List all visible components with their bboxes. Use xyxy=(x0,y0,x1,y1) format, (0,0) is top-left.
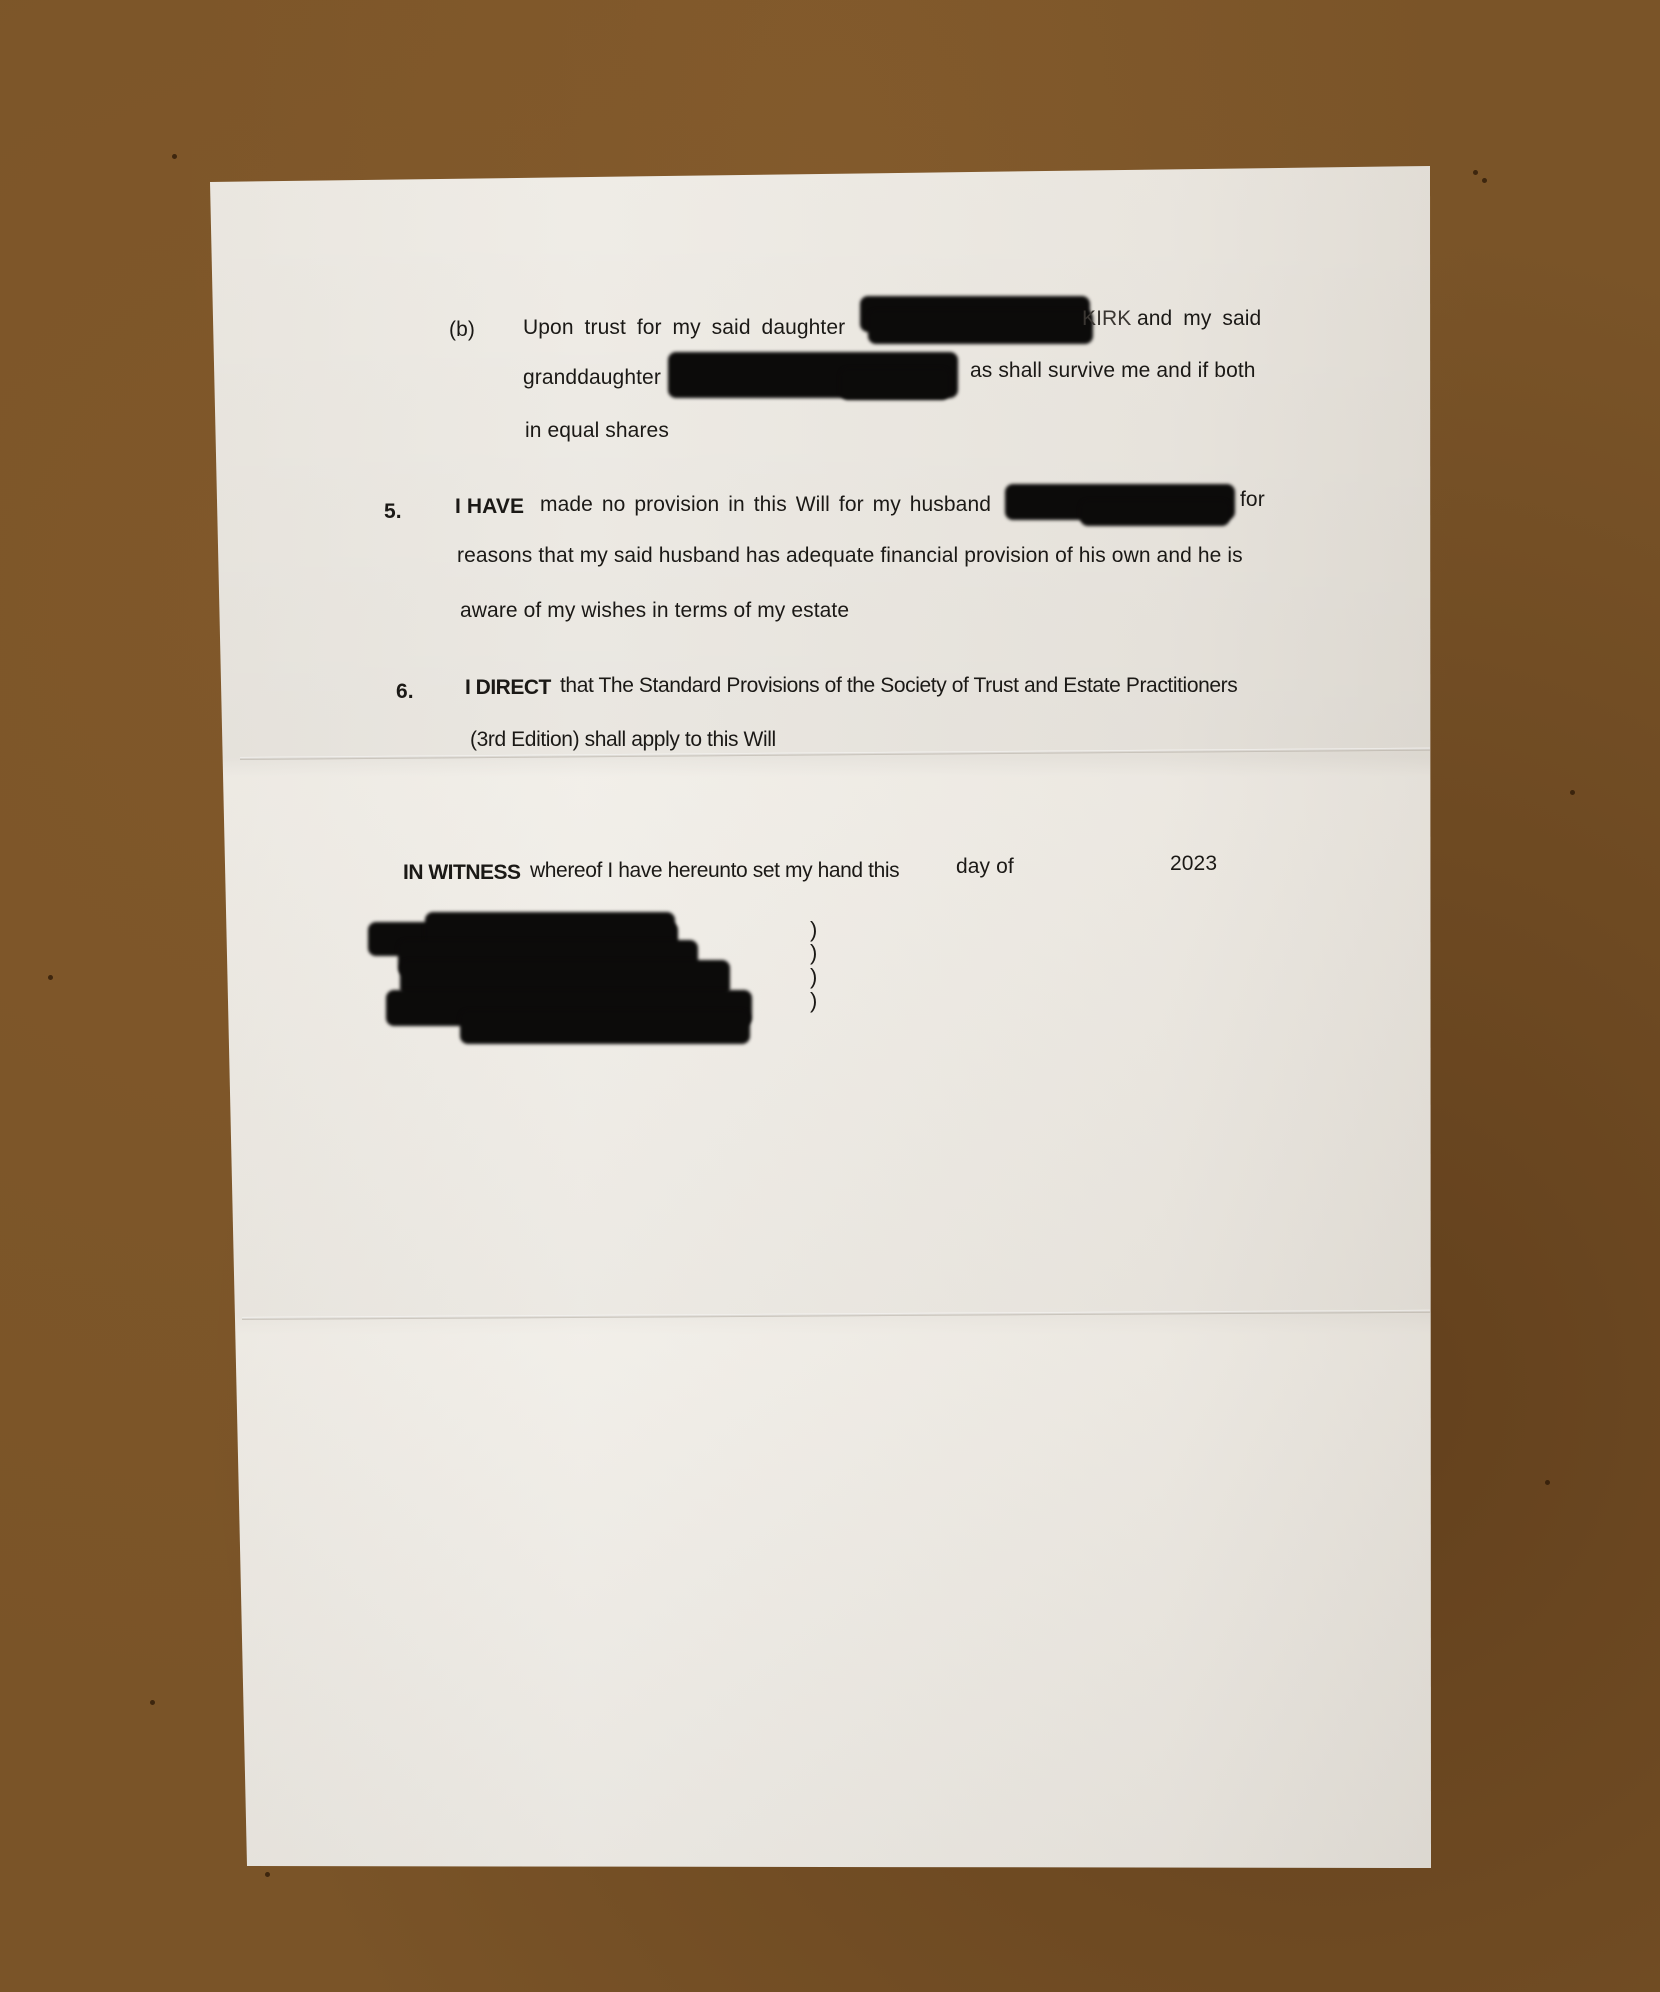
attestation-day-of: day of xyxy=(956,855,1014,879)
clause-4b-label: (b) xyxy=(449,318,475,342)
clause-5-line1-tail: for xyxy=(1240,488,1265,512)
redaction-daughter-name-2 xyxy=(868,310,1093,344)
clause-5-line3: aware of my wishes in terms of my estate xyxy=(460,599,849,623)
surface-speck xyxy=(1473,170,1478,175)
redaction-signature-block-6 xyxy=(460,1010,750,1044)
surface-speck xyxy=(172,154,177,159)
redaction-fragment: KIRK xyxy=(1082,307,1131,331)
attestation-text: whereof I have hereunto set my hand this xyxy=(530,859,899,883)
paper-shading xyxy=(0,0,1660,1992)
signature-bracket: ) xyxy=(810,965,817,988)
clause-4b-line1-tail: and my said xyxy=(1137,307,1261,331)
clause-5-lead: I HAVE xyxy=(455,495,524,519)
clause-4b-line1: Upon trust for my said daughter xyxy=(523,316,845,340)
clause-6-number: 6. xyxy=(396,680,414,704)
clause-6-lead: I DIRECT xyxy=(465,676,551,700)
surface-speck xyxy=(150,1700,155,1705)
clause-5-line2: reasons that my said husband has adequat… xyxy=(457,544,1243,568)
surface-speck xyxy=(1570,790,1575,795)
attestation-year: 2023 xyxy=(1170,852,1217,876)
redaction-husband-name-2 xyxy=(1080,500,1230,526)
clause-6-line2: (3rd Edition) shall apply to this Will xyxy=(470,728,776,752)
clause-6-line1: that The Standard Provisions of the Soci… xyxy=(560,674,1237,698)
clause-4b-line2: granddaughter xyxy=(523,366,661,390)
clause-5-number: 5. xyxy=(384,500,402,524)
clause-4b-line3: in equal shares xyxy=(525,419,669,443)
attestation-lead: IN WITNESS xyxy=(403,861,521,885)
redaction-granddaughter-name-2 xyxy=(840,368,950,400)
surface-speck xyxy=(265,1872,270,1877)
signature-bracket: ) xyxy=(810,989,817,1012)
surface-speck xyxy=(1545,1480,1550,1485)
clause-4b-line2-tail: as shall survive me and if both xyxy=(970,359,1256,383)
surface-speck xyxy=(48,975,53,980)
signature-bracket: ) xyxy=(810,918,817,941)
surface-speck xyxy=(1482,178,1487,183)
signature-bracket: ) xyxy=(810,941,817,964)
clause-5-line1: made no provision in this Will for my hu… xyxy=(540,493,991,517)
